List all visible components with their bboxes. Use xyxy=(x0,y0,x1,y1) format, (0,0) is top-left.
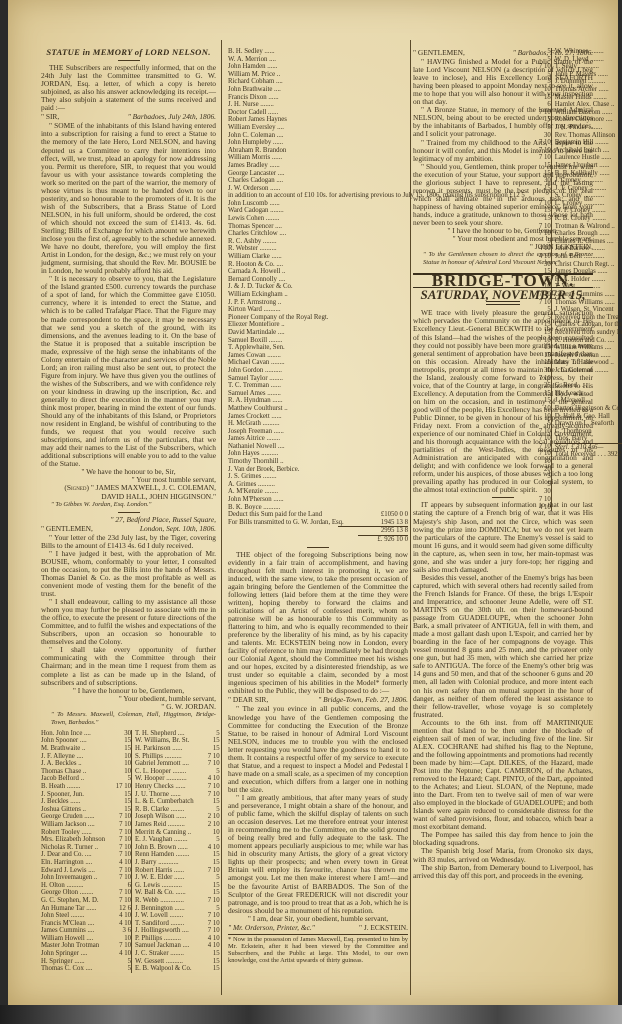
letter-paragraph: " Your letter of the 23d July last, by t… xyxy=(41,534,216,550)
letter-paragraph: " HAVING finished a Model for a Public S… xyxy=(413,58,593,106)
subscriber-name: Master John Trotman xyxy=(41,942,105,950)
scan-edge xyxy=(0,1005,622,1024)
subscription-amount: 7 10 xyxy=(105,844,131,852)
subscriber-row: Joseph Wilson ......2 10 xyxy=(135,813,220,821)
subscription-amount: 7 10 xyxy=(194,791,220,799)
subscription-amount: 12 6 xyxy=(105,905,131,913)
subscriber-name: Henry Checks ...... xyxy=(135,783,194,791)
subscription-amount: 15 xyxy=(194,745,220,753)
subscription-amount: 7 10 xyxy=(194,760,220,768)
subscriber-row: T. H. Shepherd ....5 xyxy=(135,730,220,738)
subscriber-row: Thomas C. Cox ....5 xyxy=(41,965,131,973)
signatories: (Signed) " JAMES MAXWELL, J. C. COLEMAN,… xyxy=(41,484,216,500)
subscriber-name: S. Phillips .......... xyxy=(135,753,194,761)
subscriber-row: James Reid ..........2 10 xyxy=(135,821,220,829)
divider xyxy=(307,547,329,548)
subscriber-row: W. Hooper ............4 10 xyxy=(135,775,220,783)
subscription-amount: 7 10 xyxy=(194,927,220,935)
subscriber-name: Jacob Belford .. xyxy=(41,775,105,783)
subscription-amount: 7 10 xyxy=(194,920,220,928)
subscriber-row: Robert Harris ......7 10 xyxy=(135,867,220,875)
subscription-amount: 6 xyxy=(105,882,131,890)
subscriber-row: Thomas Chase ..10 xyxy=(41,768,131,776)
subscription-amount: 7 10 xyxy=(105,851,131,859)
divider xyxy=(492,497,514,498)
subscriber-name: J. Spooner, Jun. xyxy=(41,791,105,799)
subscription-amount: 10 xyxy=(105,935,131,943)
subscription-amount: 15 xyxy=(194,882,220,890)
subscriber-name: Gabriel Jemmott .... xyxy=(135,760,194,768)
subscriber-row: J. F. Alleyne ....10 xyxy=(41,753,131,761)
letter-paragraph: " Trained from my childhood to the Arts,… xyxy=(413,139,593,163)
salutation: " GENTLEMEN, xyxy=(41,525,93,533)
subscription-amount: 15 xyxy=(194,889,220,897)
subscriber-row: R. Webb ..............7 10 xyxy=(135,897,220,905)
subscriber-name: L. & E. Cumberbatch xyxy=(135,798,194,806)
subscriber-row: E. B. Walpool & Co.15 xyxy=(135,965,220,973)
subscriber-row: H. Olton ..........6 xyxy=(41,882,131,890)
subscriber-name: C. L. Hooper ........ xyxy=(135,768,194,776)
subscriber-name: Merritt & Canning .. xyxy=(135,829,194,837)
totals: Deduct this Sum paid for the Land£1050 0… xyxy=(228,511,408,543)
addressee: " To the Gentlemen chosen to direct the … xyxy=(413,251,593,267)
subscriber-row: Joshua Gittens ..15 xyxy=(41,806,131,814)
subscriber-row: George Cruden ......7 10 xyxy=(41,813,131,821)
closing: " I am, dear Sir, your obedient, humble … xyxy=(228,915,408,923)
subscriber-name: James Cummins .... xyxy=(41,927,105,935)
letter-header: " GENTLEMEN, London, Sept. 10th, 1806. xyxy=(41,525,216,533)
subscriber-row: H. Parkinson ......15 xyxy=(135,745,220,753)
subscription-amount: 17 10 xyxy=(105,783,131,791)
subscriber-name: P. Phillips .......... xyxy=(135,935,194,943)
column-rule xyxy=(410,40,411,995)
subscriber-name: G. Lewis ............ xyxy=(135,882,194,890)
subscription-amount: 5 xyxy=(194,806,220,814)
letter-paragraph: " Should you, Gentlemen, think proper to… xyxy=(413,163,593,227)
subscriber-row: E. J. Vaughan ........5 xyxy=(135,836,220,844)
subscription-amount: 5 xyxy=(194,874,220,882)
subscriber-name: M. Brathwaite .. xyxy=(41,745,105,753)
subscription-amount: 4 10 xyxy=(194,775,220,783)
subscription-amount: 15 xyxy=(194,859,220,867)
subscriber-name: J. U. Thorne ...... xyxy=(135,791,194,799)
letter-paragraph: " I shall take every opportunity of furt… xyxy=(41,646,216,686)
subscriber-name: Robert Harris ...... xyxy=(135,867,194,875)
subscription-amount: 7 10 xyxy=(105,821,131,829)
subscriber-name: An Humane Tar ...... xyxy=(41,905,105,913)
subscription-amount: 15 xyxy=(105,806,131,814)
subscriber-name: Thomas Chase .. xyxy=(41,768,105,776)
subscriber-name: William Jackson .... xyxy=(41,821,105,829)
subscriber-name: J. W. Lovell ........ xyxy=(135,912,194,920)
subscriber-row: Nicholas R. Turner ..7 10 xyxy=(41,844,131,852)
subscriber-row: Gabriel Jemmott ....7 10 xyxy=(135,760,220,768)
subscription-amount: 4 10 xyxy=(194,942,220,950)
subscriber-row: J. Beckles ......15 xyxy=(41,798,131,806)
subscriber-list: Hon. John Ince ....30John Spooner ....15… xyxy=(41,730,216,973)
letter-paragraph: " I have judged it best, with the approb… xyxy=(41,550,216,598)
subscription-amount: 7 10 xyxy=(194,867,220,875)
subscriber-name: John B. Brown ...... xyxy=(135,844,194,852)
newspaper-page: STATUE in MEMORY of LORD NELSON. THE Sub… xyxy=(8,0,618,1005)
subscriber-row: Merritt & Canning ..10 xyxy=(135,829,220,837)
subscription-amount: 7 10 xyxy=(194,912,220,920)
subscription-amount: 7 10 xyxy=(105,836,131,844)
subscriber-row: J. Spooner, Jun.15 xyxy=(41,791,131,799)
subscription-amount: 5 xyxy=(194,730,220,738)
subscriber-row: H. Springer ......5 xyxy=(41,958,131,966)
subscriber-name: W. Williams, Br. St. xyxy=(135,737,194,745)
subscription-amount: 10 xyxy=(105,753,131,761)
news-paragraph: The Pompee has sailed this day from henc… xyxy=(413,831,593,847)
letter-address: " 27, Bedford Place, Russel Square, xyxy=(41,516,216,524)
subscriber-row: J. Barry ............15 xyxy=(135,859,220,867)
subscriber-row: B. Heath ........17 10 xyxy=(41,783,131,791)
subscriber-name: John Steel ........ xyxy=(41,912,105,920)
letter-paragraph: " I shall endeavour, calling to my assis… xyxy=(41,598,216,646)
subscription-amount: 7 10 xyxy=(194,783,220,791)
news-paragraph: The ship Barton, from Demerary bound to … xyxy=(413,864,593,880)
dateline: London, Sept. 10th, 1806. xyxy=(140,525,216,533)
subscriber-row: L. & E. Cumberbatch15 xyxy=(135,798,220,806)
subscriber-row: Hon. John Ince ....30 xyxy=(41,730,131,738)
letter-paragraph: " The zeal you evince in all public conc… xyxy=(228,705,408,794)
subscription-amount: 15 xyxy=(105,798,131,806)
subscriber-name: R. Webb .............. xyxy=(135,897,194,905)
subscription-amount: 4 10 xyxy=(105,920,131,928)
salutation: " SIR, xyxy=(41,113,59,121)
column-rule xyxy=(221,40,222,995)
subscriber-name: J. Bennington ...... xyxy=(135,905,194,913)
subscriber-name: J. C. Straker ........ xyxy=(135,950,194,958)
subscription-amount: 5 xyxy=(194,768,220,776)
column-left: STATUE in MEMORY of LORD NELSON. THE Sub… xyxy=(41,40,216,973)
subscriber-row: P. Phillips ..........4 10 xyxy=(135,935,220,943)
subscriber-list-left: Hon. John Ince ....30John Spooner ....15… xyxy=(41,730,131,973)
subscriber-name: J. Beckles ...... xyxy=(41,798,105,806)
signature: " G. W. JORDAN. xyxy=(41,703,216,711)
subscriber-row: John Steel ........4 10 xyxy=(41,912,131,920)
divider xyxy=(118,512,140,513)
addressee: " Mr. Orderson, Printer, &c." xyxy=(228,924,315,932)
subscriber-row: Samuel Jackman ....4 10 xyxy=(135,942,220,950)
subscriber-name: B. Heath ........ xyxy=(41,783,105,791)
footnote: * Now in the possession of James Maxwell… xyxy=(228,934,408,965)
subscriber-row: Robert Tooley ......7 10 xyxy=(41,829,131,837)
subscription-amount: 7 10 xyxy=(105,942,131,950)
subscriber-name: W. Hooper ............ xyxy=(135,775,194,783)
subscriber-name: Eln. Harrington .... xyxy=(41,859,105,867)
subscription-amount: 15 xyxy=(194,737,220,745)
subscriber-name: Samuel Jackman .... xyxy=(135,942,194,950)
subscriber-list: B. H. Sedley ......5W. A. Merrion ....5J… xyxy=(228,48,408,511)
letter-paragraph: " It is necessary to observe to you, tha… xyxy=(41,275,216,468)
letter-header: " SIR, " Barbadoes, July 24th, 1806. xyxy=(41,113,216,121)
subscriber-row: R. B. Clarke ........5 xyxy=(135,806,220,814)
subscriber-name: Edward J. Lewis .... xyxy=(41,867,105,875)
subscriber-name: Francis M'Clean .... xyxy=(41,920,105,928)
subscription-amount: 5 xyxy=(194,836,220,844)
subscription-amount: 5 xyxy=(194,905,220,913)
subscriber-name: Renn Hamden ........ xyxy=(135,851,194,859)
subscription-amount: 5 xyxy=(105,958,131,966)
subscription-amount: 7 10 xyxy=(105,813,131,821)
subscriber-name: J. W. E. Elder ...... xyxy=(135,874,194,882)
subscriber-row: J. C. Straker ........15 xyxy=(135,950,220,958)
column-middle: B. H. Sedley ......5W. A. Merrion ....5J… xyxy=(228,48,408,965)
subscriber-row: Henry Checks ......7 10 xyxy=(135,783,220,791)
subscription-amount: 4 10 xyxy=(194,935,220,943)
subscriber-name: T. Sandiford ........ xyxy=(135,920,194,928)
subscriber-name: J. F. Alleyne .... xyxy=(41,753,105,761)
subscriber-row: W. Gessett ..........15 xyxy=(135,958,220,966)
subscriber-name: E. J. Vaughan ........ xyxy=(135,836,194,844)
letter-paragraph: " A Bronze Statue, in memory of the lame… xyxy=(413,106,593,138)
subscription-amount: 2 10 xyxy=(194,813,220,821)
subscription-amount: 3 6 xyxy=(105,927,131,935)
masthead: BRIDGE-TOWN. xyxy=(413,273,593,288)
subscription-amount: 15 xyxy=(194,798,220,806)
news-paragraph: WE trace with lively pleasure the genera… xyxy=(413,309,593,494)
subscription-amount: 7 10 xyxy=(105,829,131,837)
letter-paragraph: " SOME of the inhabitants of this Island… xyxy=(41,122,216,275)
subscriber-row: Francis M'Clean ....4 10 xyxy=(41,920,131,928)
subscriber-name: J. Barry ............ xyxy=(135,859,194,867)
subscription-amount: 7 10 xyxy=(105,874,131,882)
subscriber-name: Joshua Gittens .. xyxy=(41,806,105,814)
subscriber-row: John Spooner ....15 xyxy=(41,737,131,745)
subscriber-name: William Howell .... xyxy=(41,935,105,943)
article-title: STATUE in MEMORY of LORD NELSON. xyxy=(41,48,216,56)
subscription-amount: 4 10 xyxy=(194,844,220,852)
subscriber-name: Mrs. Elizabeth Johnson xyxy=(41,836,105,844)
subscriber-name: George Cruden ...... xyxy=(41,813,105,821)
subscriber-name: J. Hollingsworth .... xyxy=(135,927,194,935)
subscriber-name: Robert Tooley ...... xyxy=(41,829,105,837)
subscription-amount: 7 10 xyxy=(194,753,220,761)
signature: " J. ECKSTEIN. xyxy=(359,924,408,932)
subscriber-row: James Cummins ....3 6 xyxy=(41,927,131,935)
subscription-amount: 30 xyxy=(105,730,131,738)
subscriber-row: S. Phillips ..........7 10 xyxy=(135,753,220,761)
subscriber-row: Jacob Belford ..5 xyxy=(41,775,131,783)
subscription-amount: 4 10 xyxy=(105,912,131,920)
subscriber-row: J. W. E. Elder ......5 xyxy=(135,874,220,882)
subscription-amount: 15 xyxy=(105,791,131,799)
subscription-amount: 7 10 xyxy=(194,897,220,905)
subscriber-row: C. L. Hooper ........5 xyxy=(135,768,220,776)
signature: " JOHN ECKSTEIN. xyxy=(413,243,593,251)
subscriber-row: Master John Trotman7 10 xyxy=(41,942,131,950)
news-paragraph: The Spanish brig Josef Maria, from Orono… xyxy=(413,847,593,863)
subscription-amount: 4 10 xyxy=(105,950,131,958)
subscriber-name: H. Springer ...... xyxy=(41,958,105,966)
addressee: " To Messrs. Maxwell, Coleman, Hall, Hig… xyxy=(41,711,216,727)
subscriber-row: T. Sandiford ........7 10 xyxy=(135,920,220,928)
subscription-amount: 15 xyxy=(194,965,220,973)
subscription-amount: 10 xyxy=(105,768,131,776)
subscription-amount: 7 10 xyxy=(105,889,131,897)
subscriber-row: J. W. Lovell ........7 10 xyxy=(135,912,220,920)
subscriber-name: Nicholas R. Turner .. xyxy=(41,844,105,852)
subscription-amount: 2 10 xyxy=(194,821,220,829)
subscriber-list-right: T. H. Shepherd ....5W. Williams, Br. St.… xyxy=(131,730,220,973)
subscription-amount: 15 xyxy=(105,745,131,753)
subscriber-name: Joseph Wilson ...... xyxy=(135,813,194,821)
letter-paragraph: " I am greatly ambitious, that after man… xyxy=(228,794,408,915)
divider xyxy=(118,60,140,61)
subscriber-row: J. Bennington ......5 xyxy=(135,905,220,913)
subscription-amount: 15 xyxy=(194,958,220,966)
subscriber-row: John Springer ....4 10 xyxy=(41,950,131,958)
subscription-amount: 4 10 xyxy=(105,859,131,867)
subscriber-row: G. Lewis ............15 xyxy=(135,882,220,890)
subscriber-name: Hon. John Ince .... xyxy=(41,730,105,738)
subscriber-name: W. Ball & Co. ...... xyxy=(135,889,194,897)
addressee: " To Gibbes W. Jordan, Esq. London." xyxy=(41,501,216,509)
news-paragraph: IT appears by subsequent information to … xyxy=(413,501,593,573)
subscription-amount: 7 10 xyxy=(105,867,131,875)
subscriber-row: W. Ball & Co. ......15 xyxy=(135,889,220,897)
subscription-amount: 10 xyxy=(194,829,220,837)
subscriber-name: E. B. Walpool & Co. xyxy=(135,965,194,973)
subscription-amount: 15 xyxy=(194,851,220,859)
dateline: SATURDAY, NOVEMBER 15, xyxy=(413,291,593,299)
subscription-amount: 15 xyxy=(105,737,131,745)
letter-header: " GENTLEMEN, " Barbados, Feb. 27, 1806. xyxy=(413,49,593,57)
subscriber-row: John B. Brown ......4 10 xyxy=(135,844,220,852)
subscriber-row: J. Hollingsworth ....7 10 xyxy=(135,927,220,935)
subscription-amount: 5 xyxy=(105,775,131,783)
subscriber-row: Eln. Harrington ....4 10 xyxy=(41,859,131,867)
subscriber-name: James Reid .......... xyxy=(135,821,194,829)
subscriber-row: Renn Hamden ........15 xyxy=(135,851,220,859)
subscriber-row: Edward J. Lewis ....7 10 xyxy=(41,867,131,875)
subscriber-name: H. Olton .......... xyxy=(41,882,105,890)
intro-paragraph: THE Subscribers are respectfully informe… xyxy=(41,64,216,112)
subscriber-row: W. Williams, Br. St.15 xyxy=(135,737,220,745)
subscriber-name: J. A. Beckles .. xyxy=(41,760,105,768)
subscriber-name: John Inveemaugen .. xyxy=(41,874,105,882)
subscriber-name: T. H. Shepherd .... xyxy=(135,730,194,738)
subscriber-name: John Springer .... xyxy=(41,950,105,958)
column-right: " GENTLEMEN, " Barbados, Feb. 27, 1806. … xyxy=(413,48,593,880)
subscriber-name: W. Gessett .......... xyxy=(135,958,194,966)
subscriber-row: An Humane Tar ......12 6 xyxy=(41,905,131,913)
subscriber-row: William Howell ....10 xyxy=(41,935,131,943)
subscriber-row: Mrs. Elizabeth Johnson7 10 xyxy=(41,836,131,844)
subscriber-row: G. C. Stephen, M. D.7 10 xyxy=(41,897,131,905)
subscriber-name: George Olton ........ xyxy=(41,889,105,897)
subscription-amount: 15 xyxy=(194,950,220,958)
subscriber-name: H. Parkinson ...... xyxy=(135,745,194,753)
subscriber-row: J. A. Beckles ..10 xyxy=(41,760,131,768)
subscriber-row: M. Brathwaite ..15 xyxy=(41,745,131,753)
subscriber-name: J. Dear and Co. .... xyxy=(41,851,105,859)
subscription-amount: 7 10 xyxy=(105,897,131,905)
news-paragraph: Accounts to the 6th inst. from off MARTI… xyxy=(413,719,593,832)
subscriber-row: William Jackson ....7 10 xyxy=(41,821,131,829)
editorial-paragraph: THE object of the foregoing Subscription… xyxy=(228,551,408,696)
subscriber-row: John Inveemaugen ..7 10 xyxy=(41,874,131,882)
subscriber-name: G. C. Stephen, M. D. xyxy=(41,897,105,905)
subscriber-row: J. U. Thorne ......7 10 xyxy=(135,791,220,799)
dateline: " Barbadoes, July 24th, 1806. xyxy=(128,113,216,121)
letter-header: " DEAR SIR, " Bridge-Town, Feb. 27, 1806… xyxy=(228,696,408,704)
subscriber-name: R. B. Clarke ........ xyxy=(135,806,194,814)
subscriber-row: George Olton ........7 10 xyxy=(41,889,131,897)
subscriber-row: J. Dear and Co. ....7 10 xyxy=(41,851,131,859)
subscriber-name: Thomas C. Cox .... xyxy=(41,965,105,973)
subscriber-name: John Spooner .... xyxy=(41,737,105,745)
news-paragraph: Besides this vessel, another of the Enem… xyxy=(413,574,593,719)
subscription-amount: 5 xyxy=(105,965,131,973)
subscription-amount: 10 xyxy=(105,760,131,768)
